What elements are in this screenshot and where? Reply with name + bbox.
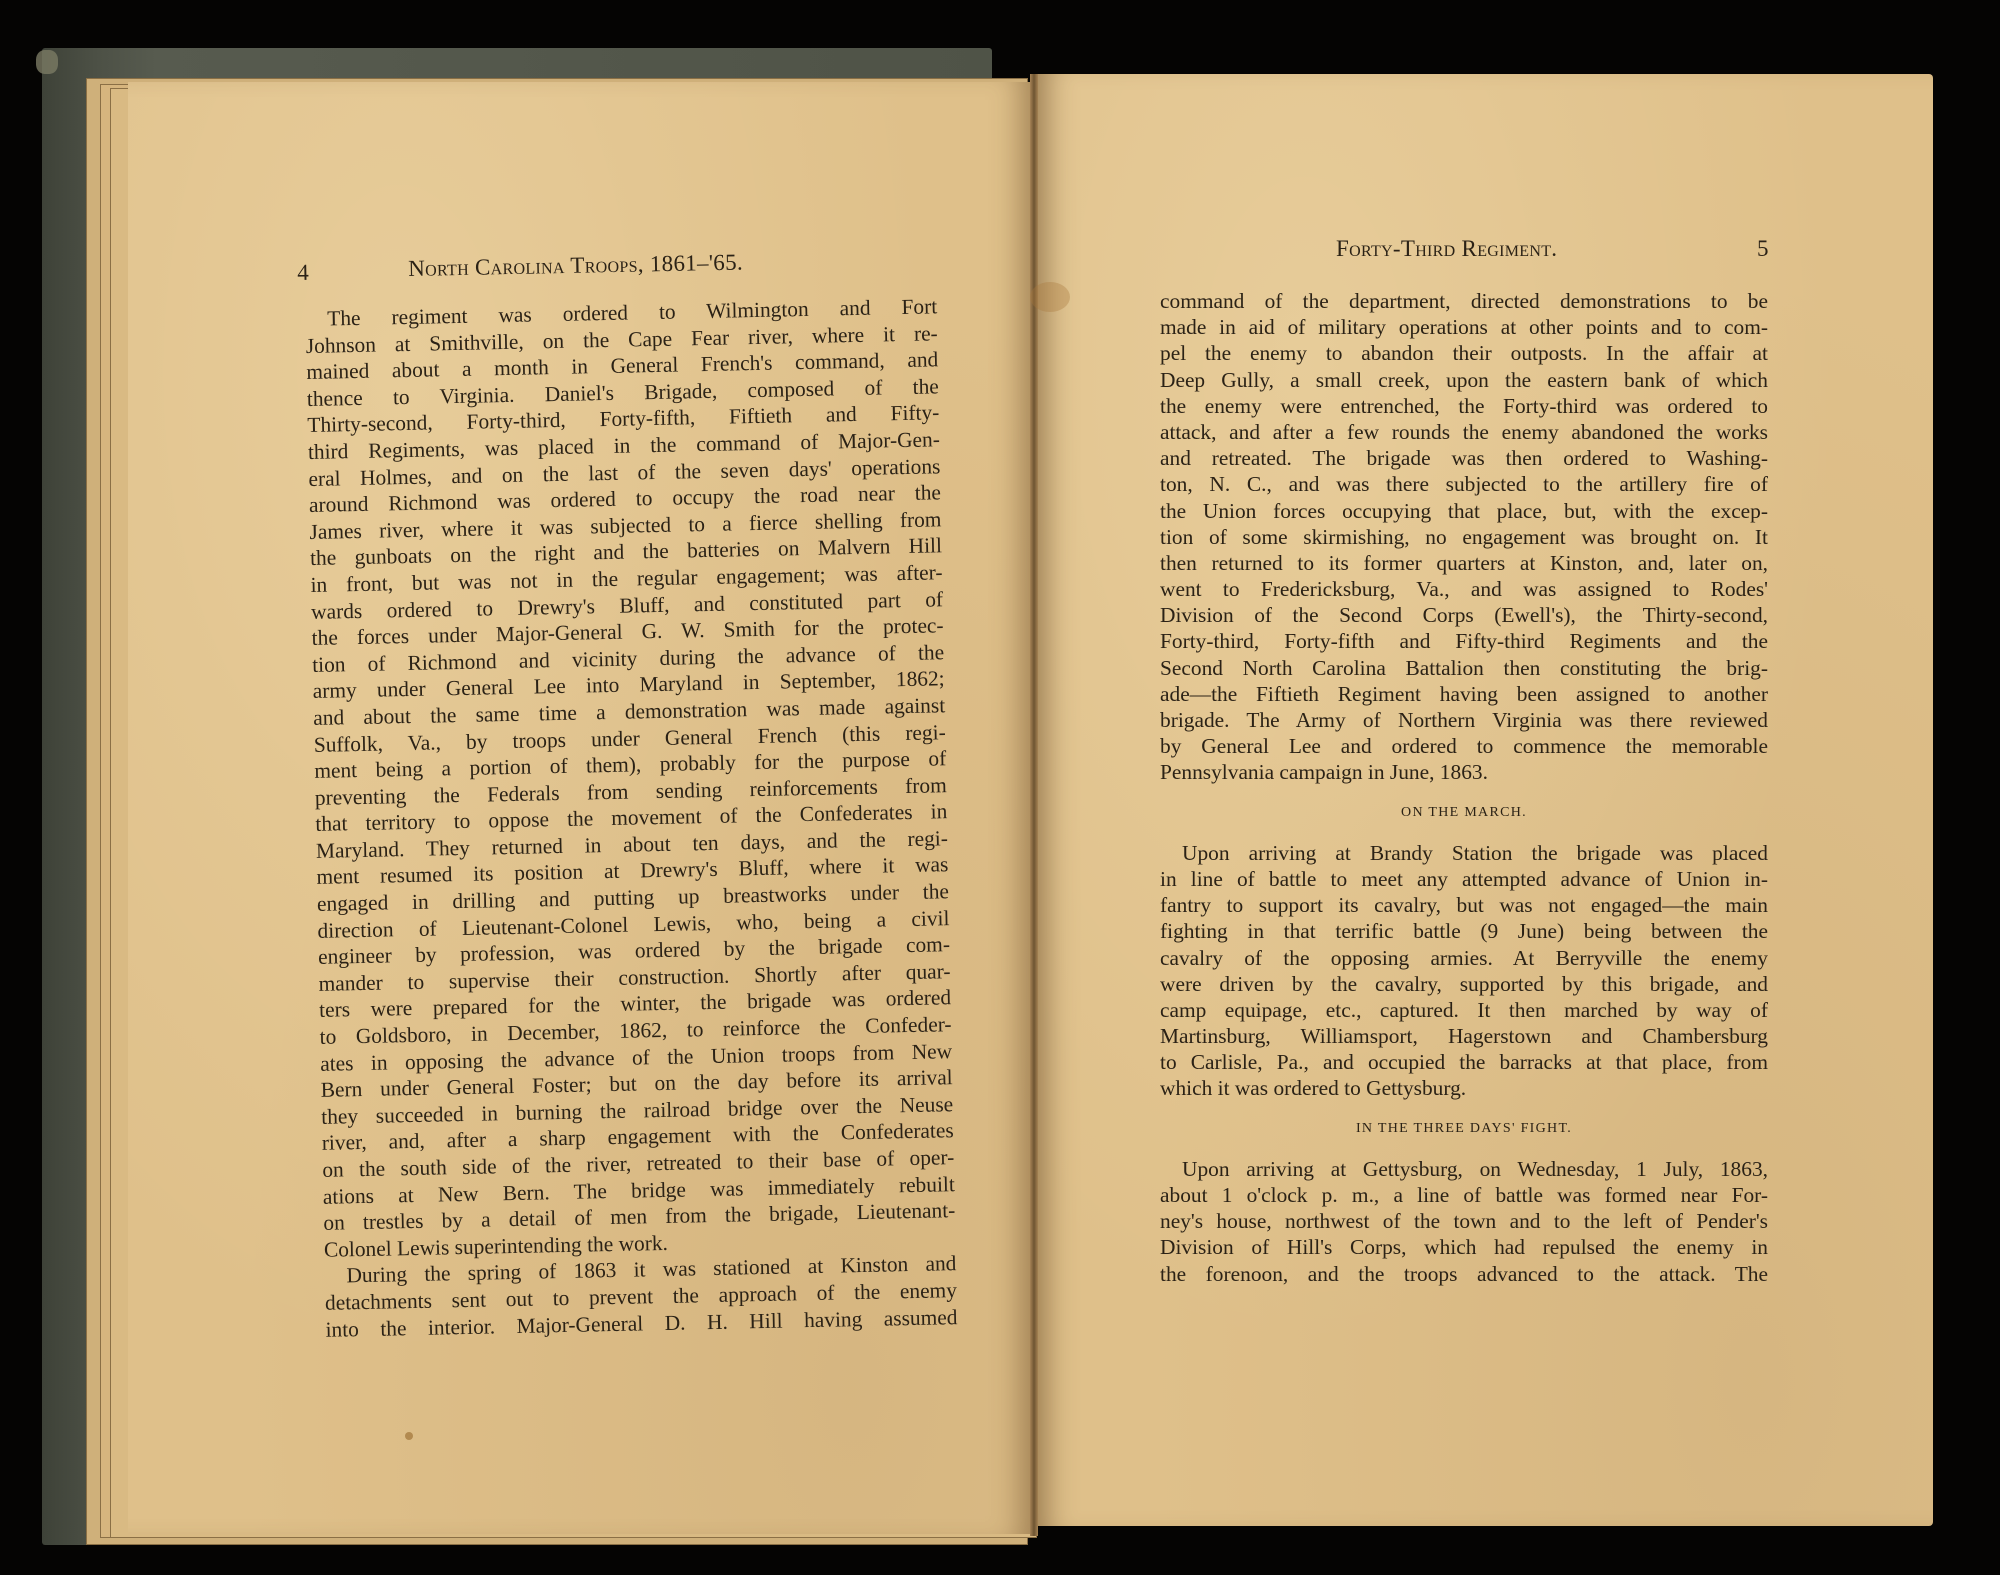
text-line: then returned to its former quarters at … xyxy=(1160,550,1768,576)
text-line: Deep Gully, a small creek, upon the east… xyxy=(1160,367,1768,393)
text-line: the Union forces occupying that place, b… xyxy=(1160,498,1768,524)
text-line: fantry to support its cavalry, but was n… xyxy=(1160,892,1768,918)
right-running-head: Forty-Third Regiment. xyxy=(1336,236,1557,262)
text-line: in line of battle to meet any attempted … xyxy=(1160,866,1768,892)
text-line: the enemy were entrenched, the Forty-thi… xyxy=(1160,393,1768,419)
text-line: tion of some skirmishing, no engagement … xyxy=(1160,524,1768,550)
text-line: which it was ordered to Gettysburg. xyxy=(1160,1075,1768,1101)
text-line: command of the department, directed demo… xyxy=(1160,288,1768,314)
text-line: went to Fredericksburg, Va., and was ass… xyxy=(1160,576,1768,602)
paper-stain xyxy=(1030,282,1070,312)
text-line: attack, and after a few rounds the enemy… xyxy=(1160,419,1768,445)
text-line: Division of Hill's Corps, which had repu… xyxy=(1160,1234,1768,1260)
text-line: made in aid of military operations at ot… xyxy=(1160,314,1768,340)
text-line: camp equipage, etc., captured. It then m… xyxy=(1160,997,1768,1023)
text-line: Division of the Second Corps (Ewell's), … xyxy=(1160,602,1768,628)
text-line: Forty-third, Forty-fifth and Fifty-third… xyxy=(1160,628,1768,654)
text-line: were driven by the cavalry, supported by… xyxy=(1160,971,1768,997)
text-line: pel the enemy to abandon their outposts.… xyxy=(1160,340,1768,366)
section-heading: On the march. xyxy=(1160,800,1768,826)
paper-spot xyxy=(405,1432,413,1440)
worn-cover-corner xyxy=(36,50,58,74)
text-line: the forenoon, and the troops advanced to… xyxy=(1160,1261,1768,1287)
text-line: Upon arriving at Brandy Station the brig… xyxy=(1160,840,1768,866)
text-line: ney's house, northwest of the town and t… xyxy=(1160,1208,1768,1234)
text-line: by General Lee and ordered to commence t… xyxy=(1160,733,1768,759)
section-heading: In the three days' fight. xyxy=(1160,1116,1768,1142)
text-line: Upon arriving at Gettysburg, on Wednesda… xyxy=(1160,1156,1768,1182)
text-line: about 1 o'clock p. m., a line of battle … xyxy=(1160,1182,1768,1208)
text-line: Second North Carolina Battalion then con… xyxy=(1160,655,1768,681)
text-line: and retreated. The brigade was then orde… xyxy=(1160,445,1768,471)
text-line: cavalry of the opposing armies. At Berry… xyxy=(1160,945,1768,971)
left-page-number: 4 xyxy=(297,260,309,286)
text-line: to Carlisle, Pa., and occupied the barra… xyxy=(1160,1049,1768,1075)
text-line: ade—the Fiftieth Regiment having been as… xyxy=(1160,681,1768,707)
text-line: fighting in that terrific battle (9 June… xyxy=(1160,918,1768,944)
text-line: Martinsburg, Williamsport, Hagerstown an… xyxy=(1160,1023,1768,1049)
right-page-number: 5 xyxy=(1757,236,1769,262)
right-page-body: command of the department, directed demo… xyxy=(1160,288,1768,1287)
left-page-body: The regiment was ordered to Wilmington a… xyxy=(305,293,958,1343)
text-line: Pennsylvania campaign in June, 1863. xyxy=(1160,759,1768,785)
text-line: brigade. The Army of Northern Virginia w… xyxy=(1160,707,1768,733)
text-line: ton, N. C., and was there subjected to t… xyxy=(1160,471,1768,497)
